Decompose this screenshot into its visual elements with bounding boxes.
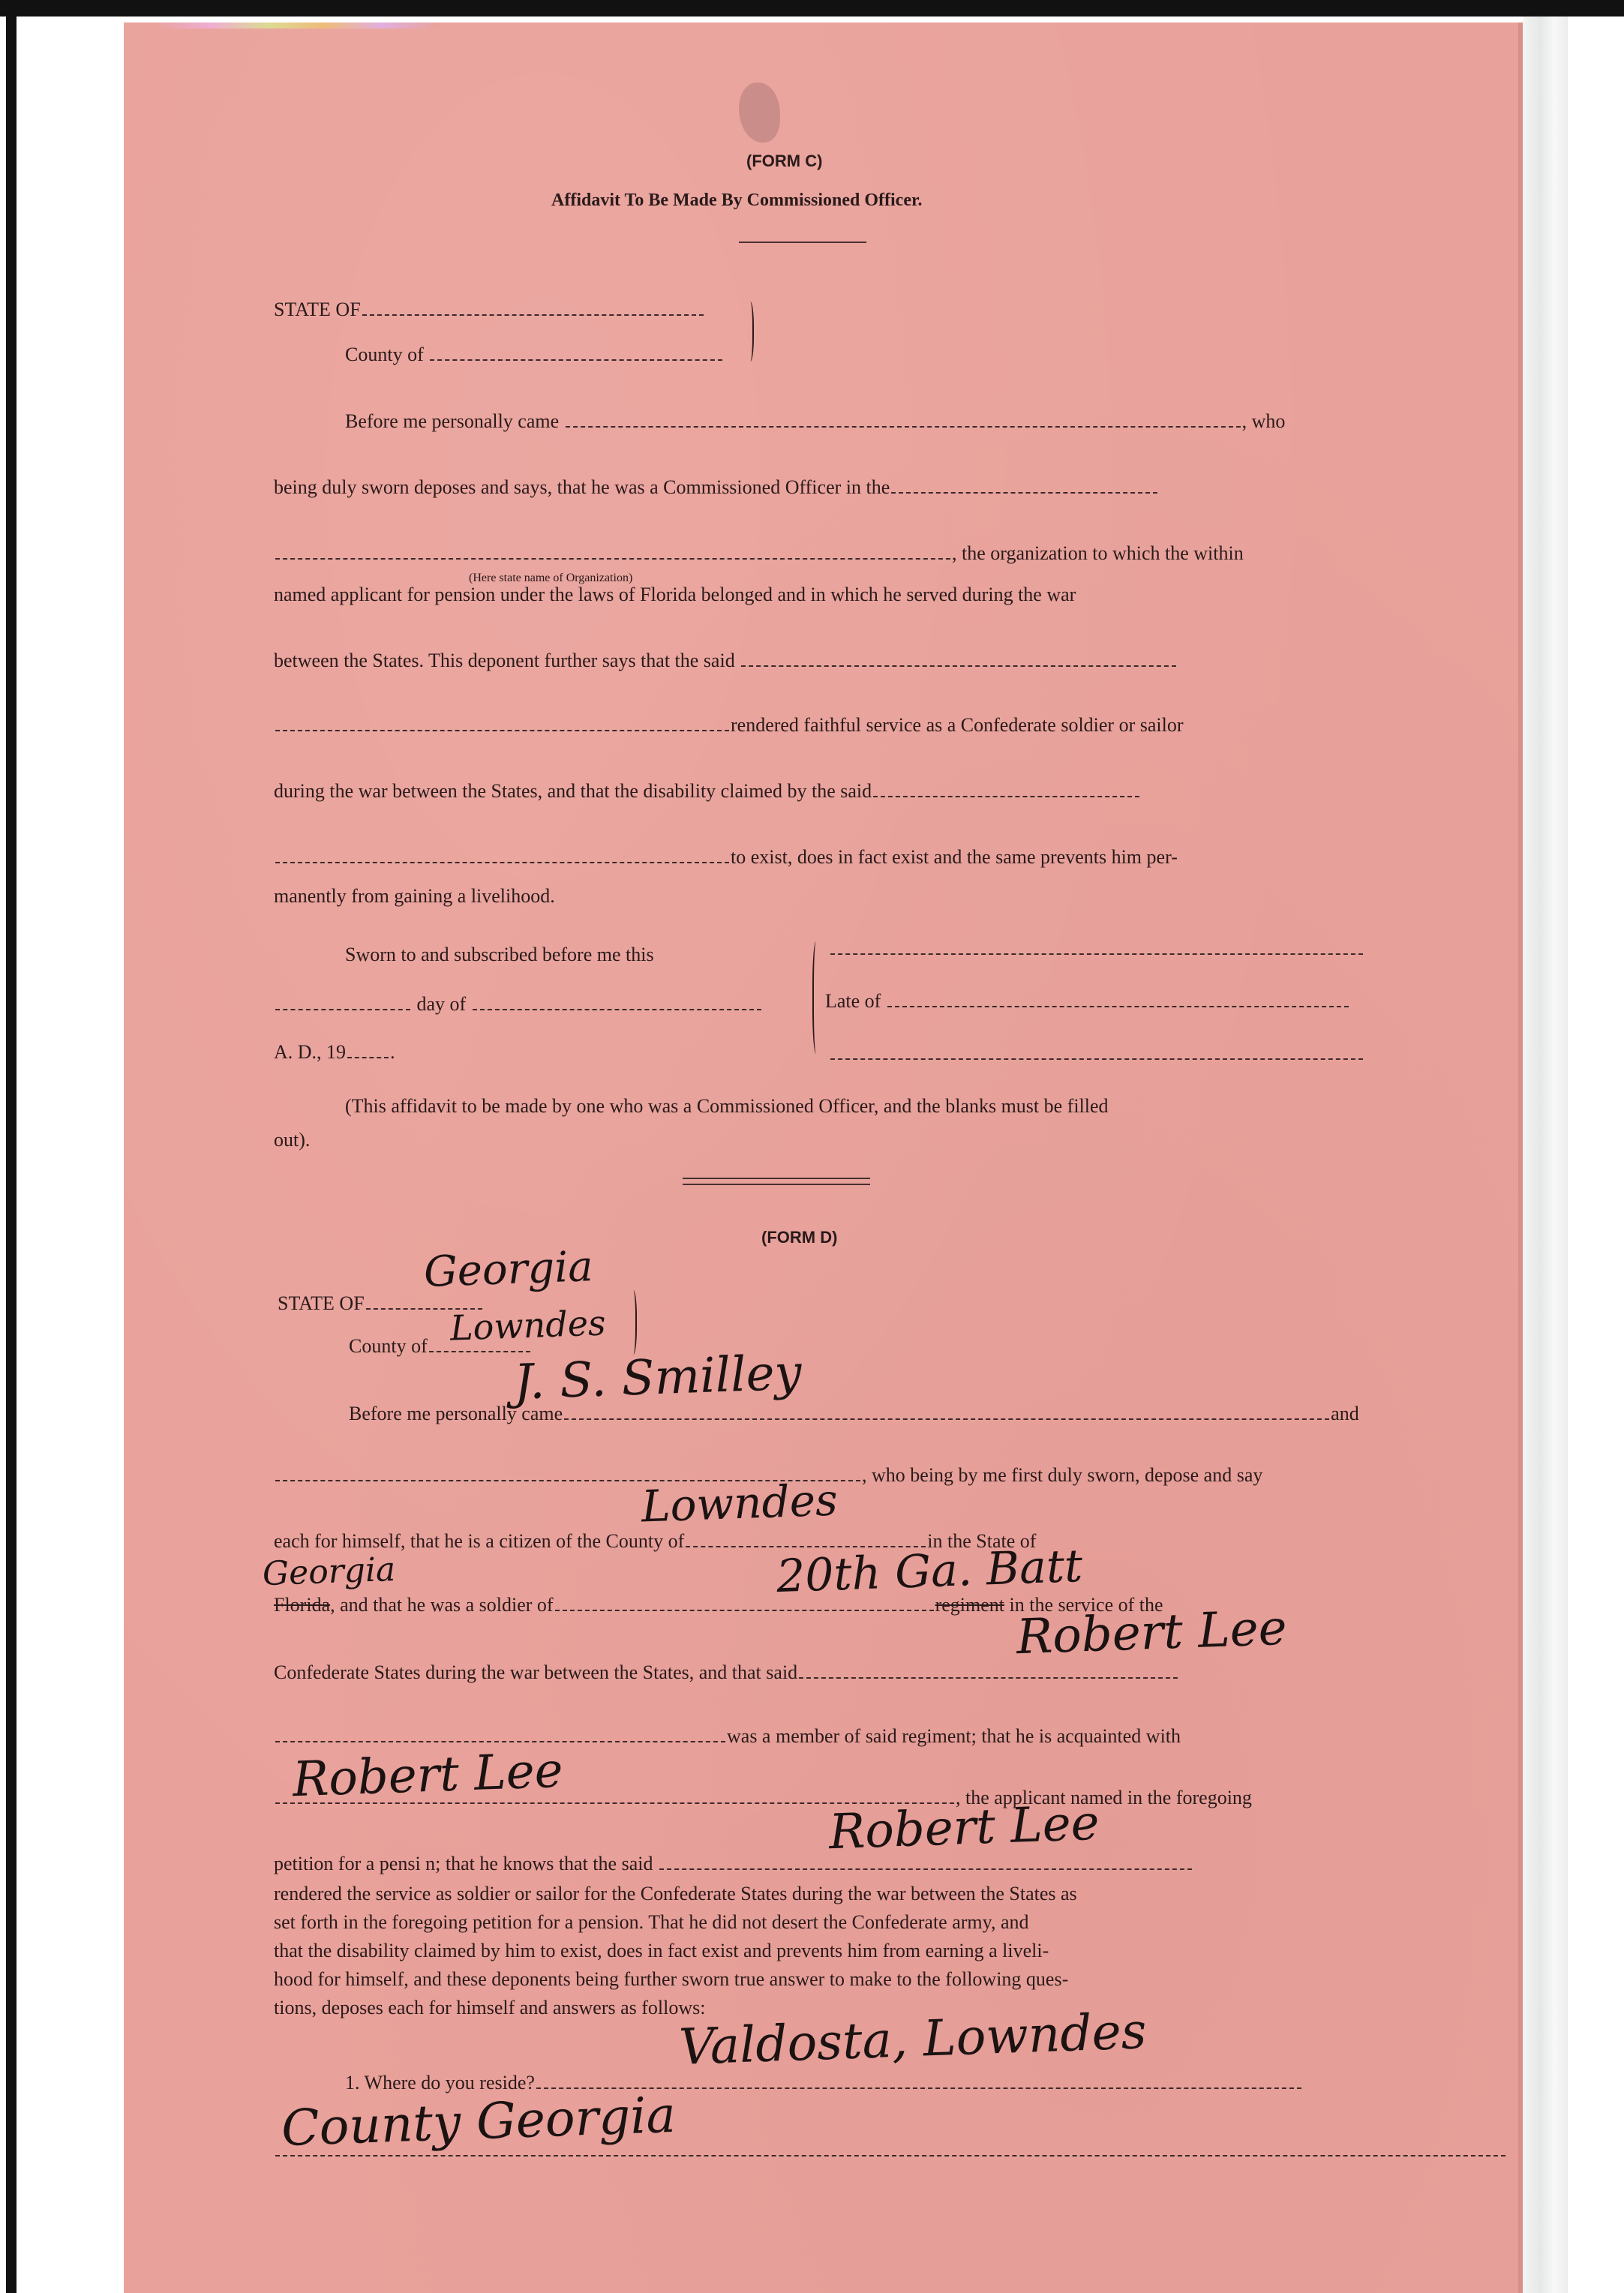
said-name-field[interactable] <box>799 1677 1178 1679</box>
late-of-row: Late of <box>825 990 1350 1013</box>
named-row: named applicant for pension under the la… <box>274 584 1076 606</box>
form-c-subtitle: Affidavit To Be Made By Commissioned Off… <box>551 189 922 212</box>
county-field[interactable] <box>429 1351 530 1352</box>
struck-florida: Florida <box>274 1594 330 1616</box>
form-c-state-row: STATE OF <box>274 299 705 321</box>
paper-tear <box>739 83 780 143</box>
confederate-row: Confederate States during the war betwee… <box>274 1661 1179 1684</box>
handwritten-knows-said: Robert Lee <box>828 1796 1100 1861</box>
section-rule-top <box>683 1178 870 1179</box>
brace <box>812 941 821 1054</box>
county-label: County of <box>345 344 424 365</box>
signature-line <box>829 938 1364 960</box>
label: day of <box>417 993 467 1015</box>
during-row: during the war between the States, and t… <box>274 780 1141 803</box>
soldier-name-field[interactable] <box>275 730 729 731</box>
manently-row: manently from gaining a livelihood. <box>274 885 555 908</box>
deponent-field[interactable] <box>566 426 1241 428</box>
reside-field-2[interactable] <box>275 2155 1505 2156</box>
form-d-title: (FORM D) <box>761 1226 837 1249</box>
para-line-2: set forth in the foregoing petition for … <box>274 1911 1028 1934</box>
label: rendered faithful service as a Confedera… <box>731 714 1184 736</box>
document-page: (FORM C) Affidavit To Be Made By Commiss… <box>124 23 1523 2293</box>
member-name-field[interactable] <box>275 1741 725 1742</box>
month-field[interactable] <box>473 1009 761 1010</box>
state-label: STATE OF <box>274 299 361 320</box>
brace <box>628 1290 637 1355</box>
label: , who <box>1242 410 1286 432</box>
label: to exist, does in fact exist and the sam… <box>731 846 1178 868</box>
label: , the organization to which the within <box>952 542 1244 564</box>
county-field[interactable] <box>430 359 722 361</box>
form-c-note-end: out). <box>274 1129 310 1151</box>
struck-regiment: regiment <box>935 1594 1004 1616</box>
deponent-field[interactable] <box>564 1418 1329 1420</box>
title-line <box>829 1043 1364 1065</box>
scan-artifact <box>154 23 439 29</box>
before-me-row: Before me personally came , who <box>345 410 1285 433</box>
handwritten-citizen-county: Lowndes <box>641 1474 839 1532</box>
title-rule <box>739 242 866 243</box>
rendered-row: rendered faithful service as a Confedera… <box>274 714 1184 737</box>
ad-row: A. D., 19. <box>274 1041 395 1064</box>
handwritten-state: Georgia <box>423 1242 594 1297</box>
para-line-1: rendered the service as soldier or sailo… <box>274 1883 1077 1905</box>
label: Confederate States during the war betwee… <box>274 1661 797 1683</box>
day-of-row: day of <box>274 993 763 1016</box>
handwritten-acquainted: Robert Lee <box>292 1743 564 1808</box>
day-field[interactable] <box>275 1009 410 1010</box>
officer-title-field[interactable] <box>830 1058 1363 1060</box>
sworn-row: being duly sworn deposes and says, that … <box>274 476 1159 499</box>
handwritten-said-name: Robert Lee <box>1016 1601 1288 1666</box>
handwritten-state-correction: Georgia <box>262 1550 396 1593</box>
form-c-county-row: County of <box>345 344 724 366</box>
year-field[interactable] <box>347 1057 389 1058</box>
org-row: , the organization to which the within <box>274 542 1244 565</box>
sworn-to-label: Sworn to and subscribed before me this <box>345 944 654 966</box>
label: each for himself, that he is a citizen o… <box>274 1530 684 1552</box>
state-label: STATE OF <box>278 1292 365 1314</box>
disability-name-field[interactable] <box>873 796 1139 797</box>
label: and <box>1331 1403 1359 1424</box>
label: was a member of said regiment; that he i… <box>727 1725 1181 1747</box>
disability-field[interactable] <box>275 862 729 863</box>
officer-in-field[interactable] <box>891 492 1157 494</box>
signature-field[interactable] <box>830 953 1363 955</box>
scan-left-border <box>6 6 17 2293</box>
label: A. D., 19 <box>274 1041 346 1063</box>
label: petition for a pensi n; that he knows th… <box>274 1853 653 1874</box>
knows-said-field[interactable] <box>659 1868 1192 1870</box>
form-d-before-row: Before me personally cameand <box>349 1403 1359 1425</box>
label: , and that he was a soldier of <box>330 1594 553 1616</box>
unit-field[interactable] <box>555 1610 934 1611</box>
exist-row: to exist, does in fact exist and the sam… <box>274 846 1178 869</box>
para-line-5: tions, deposes each for himself and answ… <box>274 1997 705 2019</box>
form-c-note: (This affidavit to be made by one who wa… <box>345 1095 1109 1118</box>
state-field[interactable] <box>362 314 704 316</box>
handwritten-reside-1: Valdosta, Lowndes <box>678 2002 1148 2076</box>
page-edge <box>1518 23 1523 2293</box>
said-field[interactable] <box>741 665 1176 667</box>
label: being duly sworn deposes and says, that … <box>274 476 890 498</box>
member-row: was a member of said regiment; that he i… <box>274 1725 1181 1748</box>
between-row: between the States. This deponent furthe… <box>274 650 1178 672</box>
label: Before me personally came <box>345 410 559 432</box>
label: during the war between the States, and t… <box>274 780 872 802</box>
plastic-sleeve <box>1523 17 1568 2293</box>
question-1: 1. Where do you reside? <box>345 2072 535 2093</box>
label: between the States. This deponent furthe… <box>274 650 735 671</box>
brace <box>745 302 754 362</box>
petition-row: petition for a pensi n; that he knows th… <box>274 1853 1193 1875</box>
section-rule-bottom <box>683 1184 870 1185</box>
label: , who being by me first duly sworn, depo… <box>862 1464 1262 1486</box>
para-line-3: that the disability claimed by him to ex… <box>274 1940 1049 1962</box>
handwritten-deponent: J. S. Smilley <box>513 1345 803 1410</box>
county-label: County of <box>349 1335 428 1357</box>
q1-row: 1. Where do you reside? <box>345 2072 1303 2094</box>
scan-top-border <box>0 0 1624 17</box>
handwritten-unit: 20th Ga. Batt <box>776 1540 1083 1603</box>
handwritten-county: Lowndes <box>449 1302 606 1348</box>
label: Late of <box>825 990 881 1012</box>
late-of-field[interactable] <box>887 1006 1349 1007</box>
para-line-4: hood for himself, and these deponents be… <box>274 1968 1068 1991</box>
form-c-title: (FORM C) <box>746 150 822 173</box>
organization-field[interactable] <box>275 558 950 560</box>
